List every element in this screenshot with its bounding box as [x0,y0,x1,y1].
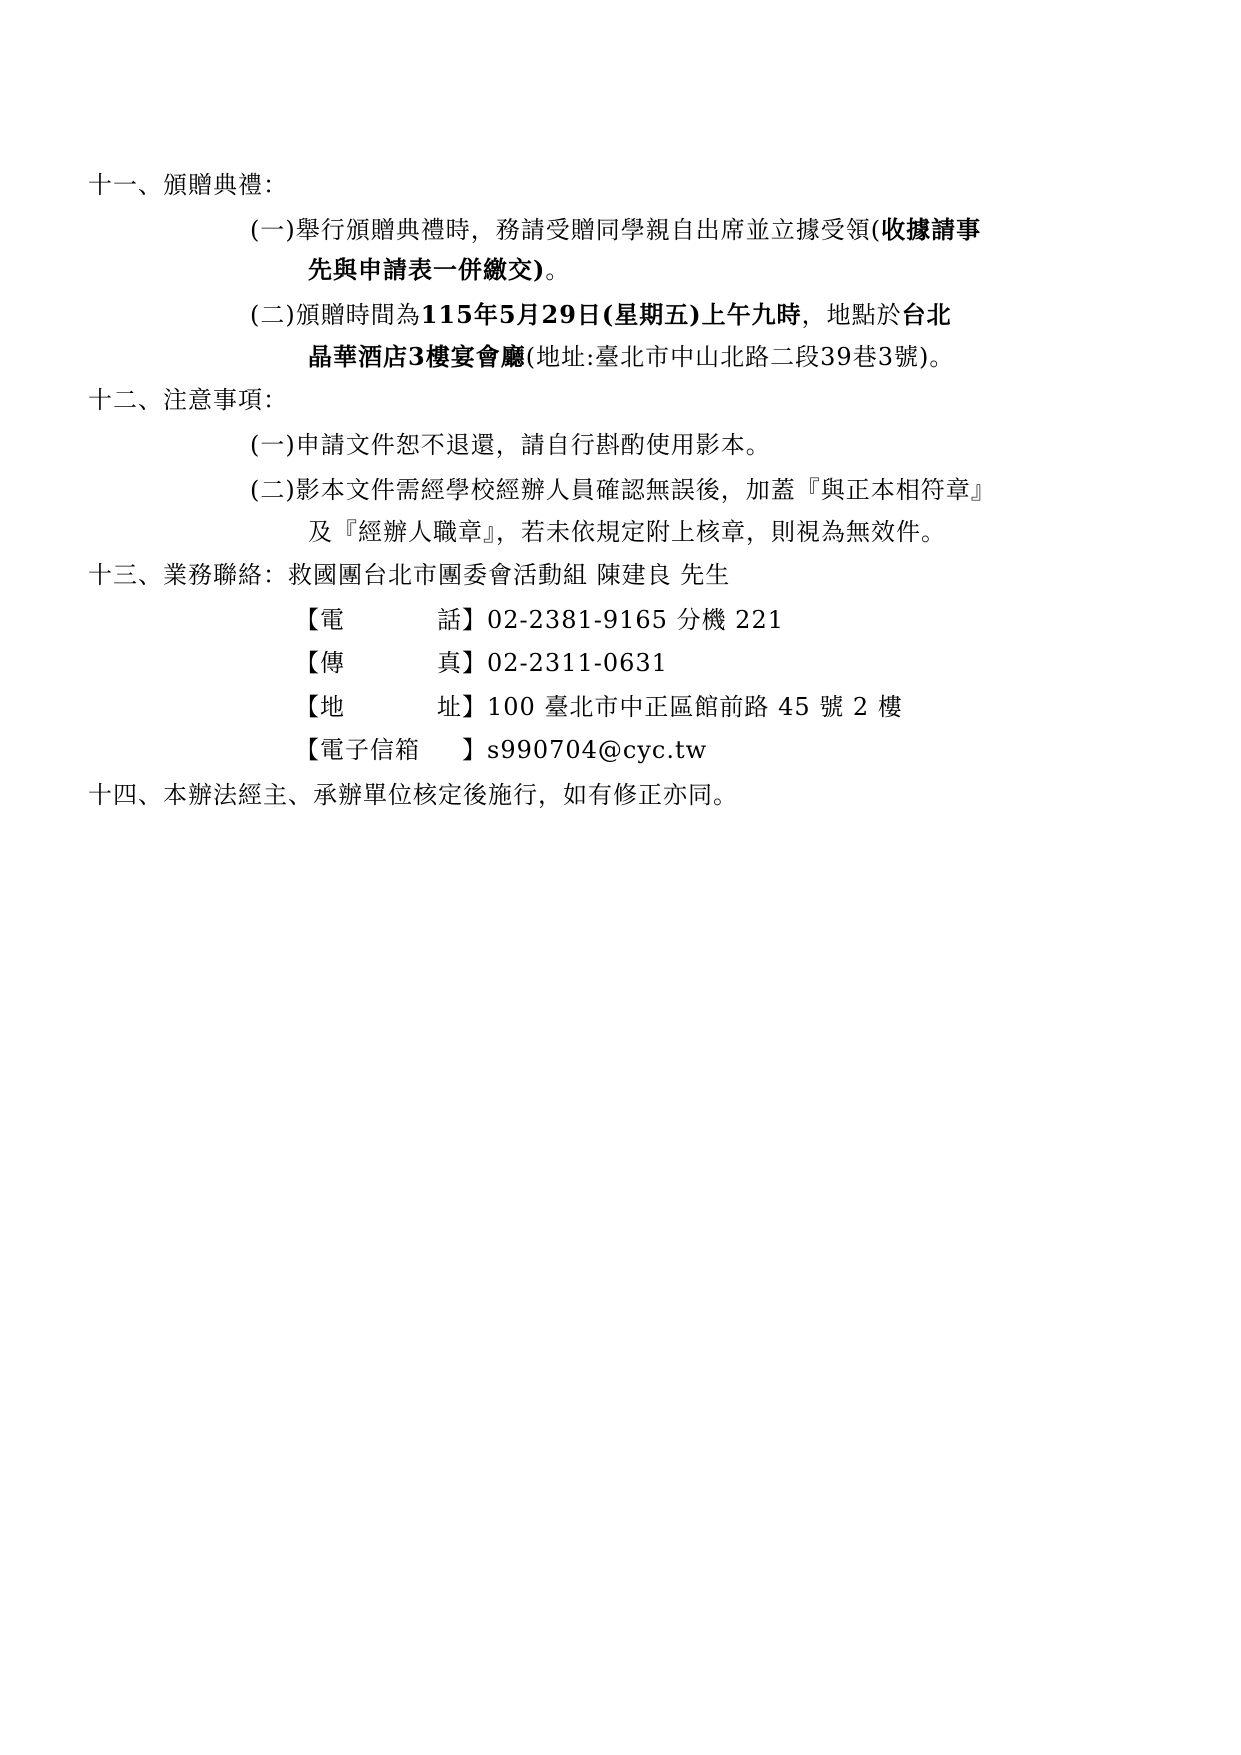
section-number: 十四、 [88,781,163,809]
item-text: 申請文件恕不退還，請自行斟酌使用影本。 [296,431,771,459]
item-text: 影本文件需經學校經辦人員確認無誤後，加蓋『與正本相符章』 [296,476,996,504]
document-page: 十一、頒贈典禮： (一)舉行頒贈典禮時，務請受贈同學親自出席並立據受領(收據請事… [0,0,1241,1755]
section-12-heading: 十二、注意事項： [88,385,288,415]
item-text: ，地點於 [802,301,902,329]
item-text: 及『經辦人職章』，若未依規定附上核章，則視為無效件。 [308,518,946,546]
address-value: 100 臺北市中正區館前路 45 號 2 樓 [487,693,903,721]
section-11-item-2-line-1: (二)頒贈時間為115年5月29日(星期五)上午九時，地點於台北 [250,300,952,330]
item-marker: (一) [250,431,296,459]
fax-value: 02-2311-0631 [487,649,668,677]
section-14-heading: 十四、本辦法經主、承辦單位核定後施行，如有修正亦同。 [88,780,738,810]
section-12-item-1-line-1: (一)申請文件恕不退還，請自行斟酌使用影本。 [250,430,771,460]
item-marker: (二) [250,301,296,329]
bracket-close: 】 [462,649,487,677]
section-13-heading: 十三、業務聯絡：救國團台北市團委會活動組 陳建良 先生 [88,560,730,590]
bracket-close: 】 [462,606,487,634]
label-char: 話 [437,605,462,635]
section-number: 十二、 [88,386,163,414]
contact-label: 傳真 [320,648,462,678]
item-text-bold: 收據請事 [881,215,981,244]
contact-email: 【電子信箱】s990704@cyc.tw [295,735,707,765]
bracket-open: 【 [295,649,320,677]
bracket-open: 【 [295,606,320,634]
venue-name: 晶華酒店3樓宴會廳 [308,342,526,371]
section-title: 本辦法經主、承辦單位核定後施行，如有修正亦同。 [163,781,738,809]
email-value[interactable]: s990704@cyc.tw [487,736,707,764]
contact-address: 【地址】100 臺北市中正區館前路 45 號 2 樓 [295,692,903,722]
item-text: 舉行頒贈典禮時，務請受贈同學親自出席並立據受領( [296,216,881,244]
label-char: 傳 [320,648,345,678]
label-char: 真 [437,648,462,678]
bracket-open: 【 [295,693,320,721]
section-title: 業務聯絡：救國團台北市團委會活動組 陳建良 先生 [163,561,730,589]
item-text-bold: 先與申請表一併繳交) [308,255,545,284]
item-text: 。 [545,256,570,284]
label-char: 地 [320,692,345,722]
section-11-heading: 十一、頒贈典禮： [88,170,288,200]
label-char: 址 [437,692,462,722]
section-11-item-1-line-2: 先與申請表一併繳交)。 [308,255,570,285]
venue-text-bold: 台北 [902,300,952,329]
item-text: 頒贈時間為 [296,301,421,329]
bracket-open: 【 [295,736,320,764]
section-number: 十三、 [88,561,163,589]
section-number: 十一、 [88,171,163,199]
bracket-close: 】 [462,736,487,764]
section-11-item-2-line-2: 晶華酒店3樓宴會廳(地址:臺北市中山北路二段39巷3號)。 [308,342,954,372]
ceremony-datetime: 115年5月29日(星期五)上午九時 [421,300,802,329]
contact-fax: 【傳真】02-2311-0631 [295,648,668,678]
contact-phone: 【電話】02-2381-9165 分機 221 [295,605,784,635]
section-12-item-2-line-2: 及『經辦人職章』，若未依規定附上核章，則視為無效件。 [308,517,946,547]
venue-address: (地址:臺北市中山北路二段39巷3號)。 [526,343,955,371]
contact-label: 地址 [320,692,462,722]
contact-label: 電話 [320,605,462,635]
section-11-item-1-line-1: (一)舉行頒贈典禮時，務請受贈同學親自出席並立據受領(收據請事 [250,215,981,245]
phone-value: 02-2381-9165 分機 221 [487,606,784,634]
section-title: 注意事項： [163,386,288,414]
item-marker: (一) [250,216,296,244]
contact-label: 電子信箱 [320,735,462,765]
label-char: 電 [320,605,345,635]
item-marker: (二) [250,476,296,504]
bracket-close: 】 [462,693,487,721]
section-title: 頒贈典禮： [163,171,288,199]
section-12-item-2-line-1: (二)影本文件需經學校經辦人員確認無誤後，加蓋『與正本相符章』 [250,475,996,505]
